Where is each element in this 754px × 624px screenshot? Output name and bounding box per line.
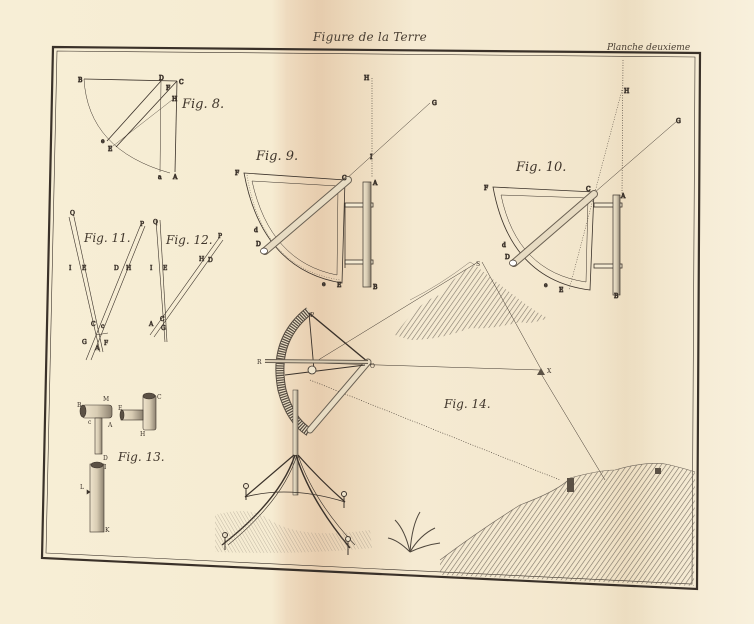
svg-text:O: O: [370, 363, 375, 370]
svg-text:G: G: [432, 100, 437, 107]
svg-text:D: D: [159, 75, 164, 82]
svg-text:F: F: [484, 185, 488, 192]
svg-text:H: H: [199, 256, 204, 263]
svg-text:P: P: [218, 233, 222, 240]
svg-text:C: C: [91, 321, 96, 328]
svg-text:S: S: [476, 261, 480, 268]
svg-text:H: H: [126, 265, 131, 272]
svg-text:D: D: [256, 241, 261, 248]
fig-8-label: Fig. 8.: [181, 97, 224, 112]
figure-14: S X P R O: [215, 261, 695, 586]
svg-text:H: H: [364, 75, 369, 82]
svg-text:G: G: [676, 118, 681, 125]
svg-text:P: P: [140, 221, 144, 228]
svg-text:C: C: [342, 175, 347, 182]
svg-text:F: F: [235, 170, 239, 177]
svg-text:I: I: [69, 265, 72, 272]
fig-10-label: Fig. 10.: [515, 160, 566, 175]
fig-14-label: Fig. 14.: [443, 397, 491, 411]
svg-text:F: F: [166, 85, 170, 92]
svg-text:A: A: [107, 422, 113, 429]
svg-text:A: A: [94, 345, 100, 352]
svg-text:d: d: [254, 227, 258, 234]
svg-text:D: D: [103, 455, 108, 462]
fig-9-label: Fig. 9.: [255, 149, 298, 164]
svg-text:d: d: [502, 242, 506, 249]
svg-text:Q: Q: [70, 210, 75, 217]
svg-text:E: E: [82, 265, 86, 272]
svg-text:E: E: [163, 265, 167, 272]
svg-text:e: e: [322, 281, 326, 288]
svg-text:G: G: [82, 339, 87, 346]
svg-text:D: D: [114, 265, 119, 272]
svg-text:B: B: [614, 293, 619, 300]
svg-text:H: H: [624, 88, 629, 95]
svg-text:R: R: [257, 359, 262, 366]
svg-text:G: G: [161, 325, 166, 332]
svg-text:D: D: [505, 254, 510, 261]
svg-text:L: L: [80, 484, 84, 491]
svg-text:F: F: [104, 340, 108, 347]
figure-10: H G F C A d D e E B: [484, 60, 681, 300]
svg-text:A: A: [620, 193, 626, 200]
svg-text:H: H: [172, 96, 177, 103]
svg-text:C: C: [160, 316, 165, 323]
svg-text:e: e: [544, 282, 548, 289]
svg-text:E: E: [118, 405, 122, 412]
svg-text:C: C: [179, 79, 184, 86]
svg-text:H: H: [140, 431, 145, 438]
svg-text:I: I: [150, 265, 153, 272]
svg-text:E: E: [337, 282, 341, 289]
svg-text:c: c: [88, 419, 92, 426]
svg-text:B: B: [77, 402, 82, 409]
svg-text:E: E: [108, 146, 112, 153]
svg-text:A: A: [148, 321, 154, 328]
svg-text:M: M: [103, 396, 109, 403]
svg-text:X: X: [547, 368, 552, 375]
engraving: B D C F H E e a A Fig. 8. H G I F C A d …: [0, 0, 754, 624]
fig-13-label: Fig. 13.: [117, 450, 165, 464]
svg-text:C: C: [586, 186, 591, 193]
svg-text:A: A: [372, 180, 378, 187]
svg-text:B: B: [373, 284, 378, 291]
svg-text:D: D: [208, 257, 213, 264]
fig-12-label: Fig. 12.: [165, 233, 213, 247]
svg-text:B: B: [78, 77, 83, 84]
svg-text:e: e: [101, 138, 105, 145]
svg-text:A: A: [172, 174, 178, 181]
fig-11-label: Fig. 11.: [83, 231, 131, 245]
svg-text:Q: Q: [153, 219, 158, 226]
svg-text:a: a: [158, 174, 162, 181]
svg-text:C: C: [157, 394, 162, 401]
svg-text:P: P: [310, 312, 314, 319]
svg-text:I: I: [104, 464, 107, 471]
figure-8: B D C F H E e a A: [78, 75, 184, 181]
svg-text:E: E: [559, 287, 563, 294]
figure-9: H G I F C A d D e E B: [235, 75, 437, 291]
svg-text:K: K: [105, 527, 110, 534]
